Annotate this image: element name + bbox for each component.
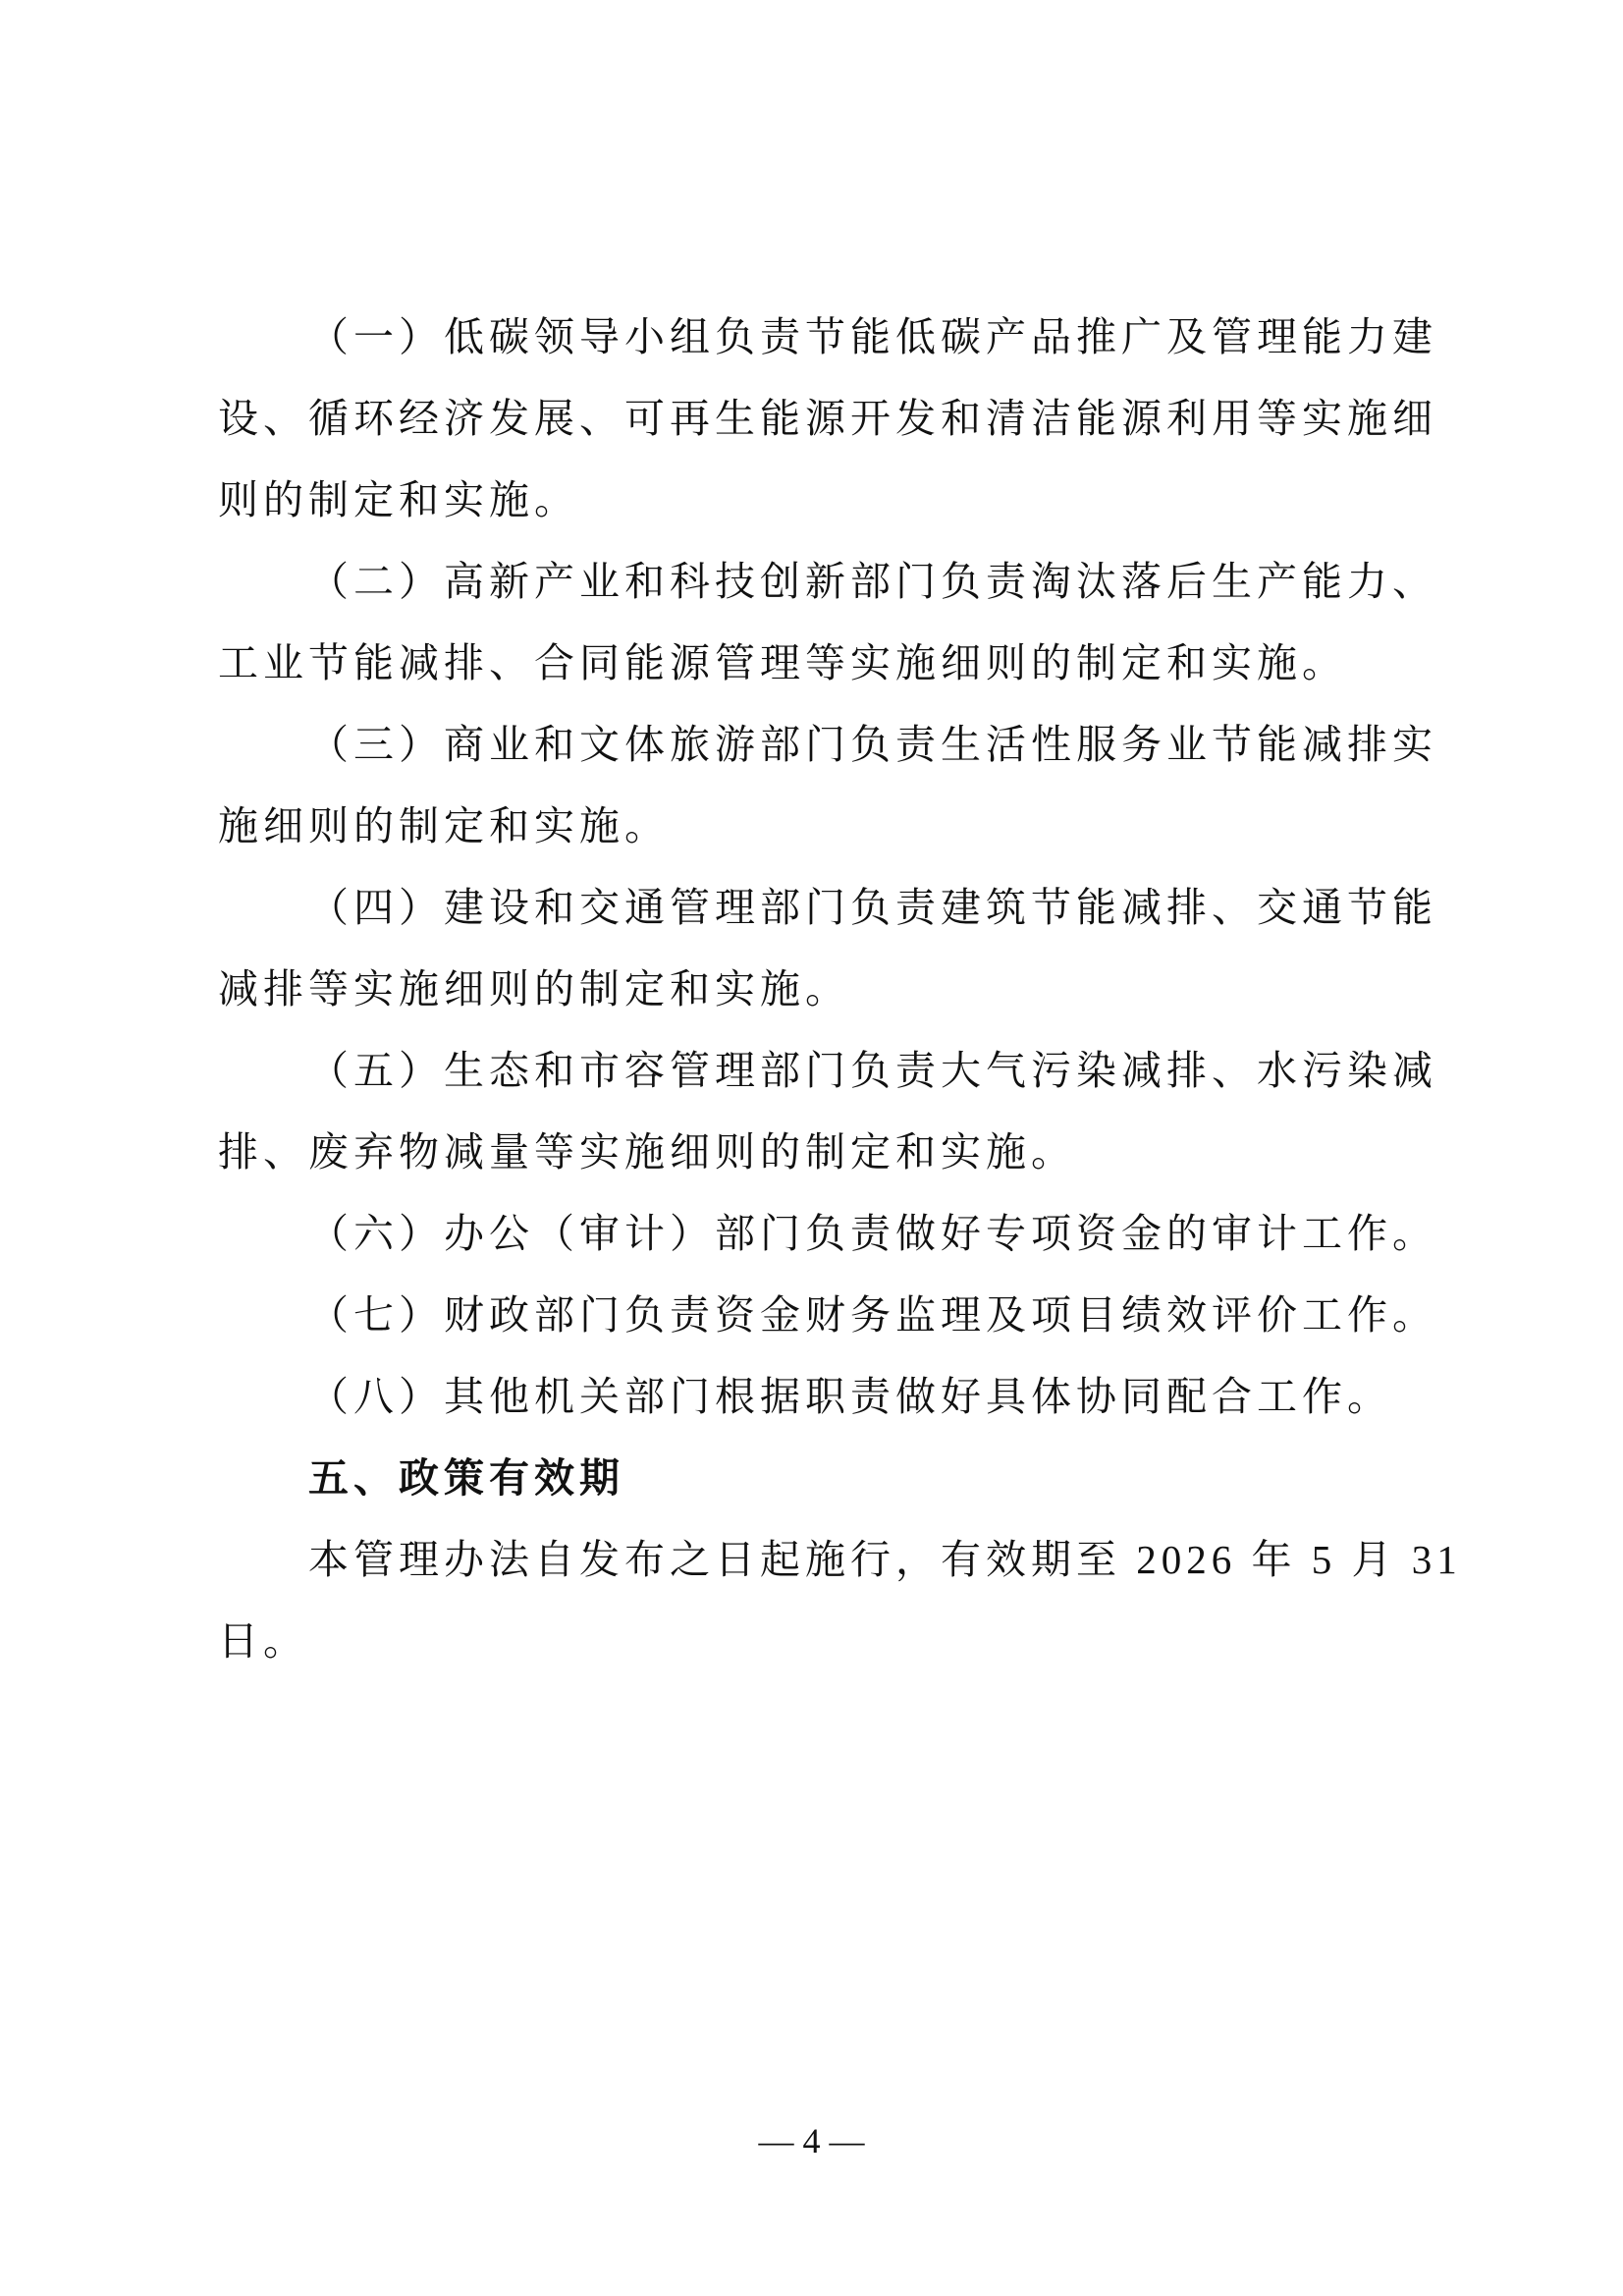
paragraph-item-5-line-2: 排、废弃物减量等实施细则的制定和实施。: [218, 1112, 1400, 1193]
paragraph-item-7: （七）财政部门负责资金财务监理及项目绩效评价工作。: [218, 1275, 1400, 1356]
section-heading: 五、政策有效期: [218, 1438, 1400, 1519]
paragraph-item-1-line-1: （一）低碳领导小组负责节能低碳产品推广及管理能力建: [218, 297, 1400, 378]
paragraph-item-1-line-2: 设、循环经济发展、可再生能源开发和清洁能源利用等实施细: [218, 378, 1400, 460]
paragraph-item-6: （六）办公（审计）部门负责做好专项资金的审计工作。: [218, 1193, 1400, 1275]
paragraph-item-4-line-1: （四）建设和交通管理部门负责建筑节能减排、交通节能: [218, 867, 1400, 949]
validity-paragraph-line-2: 日。: [218, 1601, 1400, 1682]
paragraph-item-8: （八）其他机关部门根据职责做好具体协同配合工作。: [218, 1356, 1400, 1438]
document-body: （一）低碳领导小组负责节能低碳产品推广及管理能力建 设、循环经济发展、可再生能源…: [218, 297, 1400, 1682]
paragraph-item-3-line-1: （三）商业和文体旅游部门负责生活性服务业节能减排实: [218, 704, 1400, 786]
validity-paragraph-line-1: 本管理办法自发布之日起施行，有效期至 2026 年 5 月 31: [218, 1519, 1400, 1601]
paragraph-item-2-line-2: 工业节能减排、合同能源管理等实施细则的制定和实施。: [218, 623, 1400, 704]
paragraph-item-2-line-1: （二）高新产业和科技创新部门负责淘汰落后生产能力、: [218, 541, 1400, 623]
paragraph-item-1-line-3: 则的制定和实施。: [218, 460, 1400, 541]
paragraph-item-3-line-2: 施细则的制定和实施。: [218, 786, 1400, 867]
page-number: — 4 —: [0, 2119, 1623, 2162]
paragraph-item-5-line-1: （五）生态和市容管理部门负责大气污染减排、水污染减: [218, 1030, 1400, 1112]
paragraph-item-4-line-2: 减排等实施细则的制定和实施。: [218, 949, 1400, 1030]
